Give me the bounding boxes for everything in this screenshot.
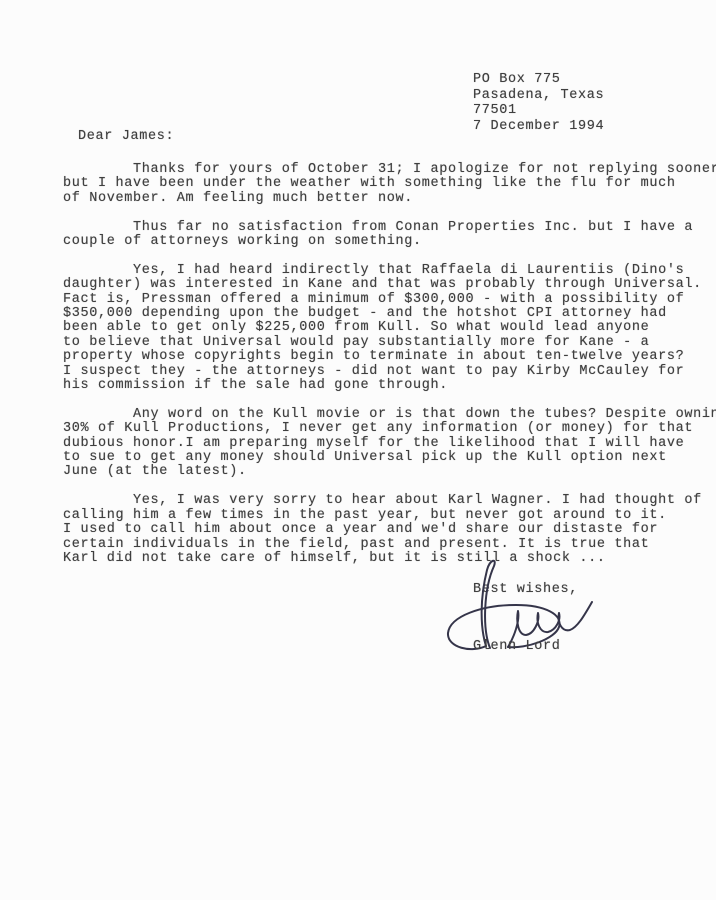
paragraph-3: Yes, I had heard indirectly that Raffael… <box>63 264 716 394</box>
signature-name: Glenn Lord <box>473 640 561 654</box>
paragraph-1: Thanks for yours of October 31; I apolog… <box>63 163 716 206</box>
salutation: Dear James: <box>78 130 174 144</box>
letter-page: PO Box 775 Pasadena, Texas 77501 7 Decem… <box>0 0 716 900</box>
letter-body: Thanks for yours of October 31; I apolog… <box>63 163 716 581</box>
paragraph-4: Any word on the Kull movie or is that do… <box>63 408 716 480</box>
paragraph-5: Yes, I was very sorry to hear about Karl… <box>63 494 716 566</box>
sender-address: PO Box 775 Pasadena, Texas 77501 7 Decem… <box>473 72 604 134</box>
paragraph-2: Thus far no satisfaction from Conan Prop… <box>63 221 716 250</box>
